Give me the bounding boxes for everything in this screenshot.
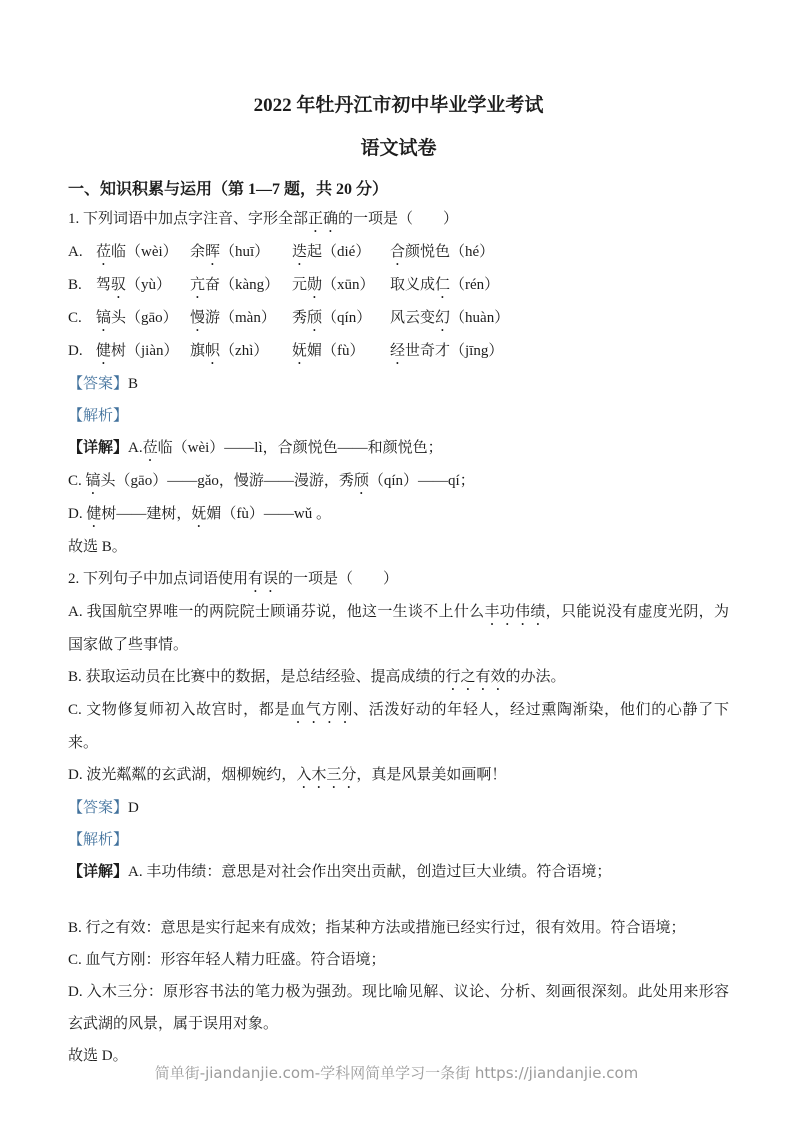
q2-detail-line-2: B. 行之有效：意思是实行起来有成效；指某种方法或措施已经实行过，很有效用。符合… xyxy=(68,912,729,944)
page-content: 2022 年牡丹江市初中毕业学业考试 语文试卷 一、知识积累与运用（第 1—7 … xyxy=(0,0,793,1072)
detail-label: 【详解】 xyxy=(68,440,128,456)
q1-option-a-word-2: 余晖（huī） xyxy=(190,236,292,269)
answer-label: 【答案】 xyxy=(68,800,128,816)
q2-option-b: B. 获取运动员在比赛中的数据，是总结经验、提高成绩的行之有效的办法。 xyxy=(68,661,729,694)
q1-option-b-label: B. xyxy=(68,269,96,302)
q2-answer-line: 【答案】D xyxy=(68,792,729,824)
q1-option-d-word-4: 经世奇才（jīng） xyxy=(390,335,729,368)
q2-analysis-line: 【解析】 xyxy=(68,824,729,856)
q1-option-d-word-1: 健树（jiàn） xyxy=(96,335,190,368)
q2-stem-pre: 2. 下列句子中加点词语使用 xyxy=(68,571,248,587)
analysis-label: 【解析】 xyxy=(68,408,128,424)
q2-option-c: C. 文物修复师初入故宫时，都是血气方刚、活泼好动的年轻人，经过熏陶渐染，他们的… xyxy=(68,694,729,759)
analysis-label: 【解析】 xyxy=(68,832,128,848)
q1-option-d-word-2: 旗帜（zhì） xyxy=(190,335,292,368)
q1-stem: 1. 下列词语中加点字注音、字形全部正确的一项是（ ） xyxy=(68,203,729,236)
q1-option-b-word-1: 驾驭（yù） xyxy=(96,269,190,302)
doc-title: 2022 年牡丹江市初中毕业学业考试 xyxy=(68,0,729,119)
q2-detail-line-1: 【详解】A. 丰功伟绩：意思是对社会作出突出贡献，创造过巨大业绩。符合语境； xyxy=(68,856,729,888)
q1-analysis-line: 【解析】 xyxy=(68,400,729,432)
q1-answer-value: B xyxy=(128,376,138,392)
q1-option-c-word-3: 秀颀（qín） xyxy=(292,302,390,335)
q1-option-d: D. 健树（jiàn） 旗帜（zhì） 妩媚（fù） 经世奇才（jīng） xyxy=(68,335,729,368)
q2-stem-emphasized: 有误 xyxy=(248,571,278,587)
q2-answer-value: D xyxy=(128,800,139,816)
q1-option-a-label: A. xyxy=(68,236,96,269)
q1-option-c-word-4: 风云变幻（huàn） xyxy=(390,302,729,335)
q1-stem-emphasized: 正确 xyxy=(308,211,338,227)
q1-option-a-word-3: 迭起（dié） xyxy=(292,236,390,269)
q1-detail-line-3: D. 健树——建树，妩媚（fù）——wǔ 。 xyxy=(68,498,729,531)
q1-option-c-label: C. xyxy=(68,302,96,335)
q2-detail-line-4: D. 入木三分：原形容书法的笔力极为强劲。现比喻见解、议论、分析、刻画很深刻。此… xyxy=(68,976,729,1040)
section-heading: 一、知识积累与运用（第 1—7 题，共 20 分） xyxy=(68,177,729,203)
q1-conclusion: 故选 B。 xyxy=(68,531,729,563)
q1-option-c-word-2: 慢游（màn） xyxy=(190,302,292,335)
detail-label: 【详解】 xyxy=(68,864,128,880)
q1-option-b: B. 驾驭（yù） 亢奋（kàng） 元勋（xūn） 取义成仁（rén） xyxy=(68,269,729,302)
q1-option-b-word-2: 亢奋（kàng） xyxy=(190,269,292,302)
q1-detail-line-1: 【详解】A.莅临（wèi）——lì，合颜悦色——和颜悦色； xyxy=(68,432,729,465)
q2-stem-post: 的一项是（ ） xyxy=(278,571,398,587)
q1-answer-line: 【答案】B xyxy=(68,368,729,400)
q1-option-b-word-3: 元勋（xūn） xyxy=(292,269,390,302)
q1-option-a-word-4: 合颜悦色（hé） xyxy=(390,236,729,269)
q1-option-d-label: D. xyxy=(68,335,96,368)
q1-option-a: A. 莅临（wèi） 余晖（huī） 迭起（dié） 合颜悦色（hé） xyxy=(68,236,729,269)
footer-watermark: 简单街-jiandanjie.com-学科网简单学习一条街 https://ji… xyxy=(0,1062,793,1083)
q1-stem-post: 的一项是（ ） xyxy=(338,211,458,227)
doc-subtitle: 语文试卷 xyxy=(68,135,729,162)
q2-option-d: D. 波光粼粼的玄武湖，烟柳婉约，入木三分，真是风景美如画啊！ xyxy=(68,759,729,792)
q2-option-a: A. 我国航空界唯一的两院院士顾诵芬说，他这一生谈不上什么丰功伟绩，只能说没有虚… xyxy=(68,596,729,661)
q1-stem-pre: 1. 下列词语中加点字注音、字形全部 xyxy=(68,211,308,227)
q1-option-d-word-3: 妩媚（fù） xyxy=(292,335,390,368)
footer-link[interactable]: 简单街-jiandanjie.com-学科网简单学习一条街 https://ji… xyxy=(155,1064,639,1082)
q1-option-b-word-4: 取义成仁（rén） xyxy=(390,269,729,302)
exam-paper-page: 2022 年牡丹江市初中毕业学业考试 语文试卷 一、知识积累与运用（第 1—7 … xyxy=(0,0,793,1122)
q2-detail-line-3: C. 血气方刚：形容年轻人精力旺盛。符合语境； xyxy=(68,944,729,976)
q1-option-c: C. 镐头（gāo） 慢游（màn） 秀颀（qín） 风云变幻（huàn） xyxy=(68,302,729,335)
q1-option-c-word-1: 镐头（gāo） xyxy=(96,302,190,335)
q1-option-a-word-1: 莅临（wèi） xyxy=(96,236,190,269)
q1-detail-line-2: C. 镐头（gāo）——gǎo，慢游——漫游，秀颀（qín）——qí； xyxy=(68,465,729,498)
answer-label: 【答案】 xyxy=(68,376,128,392)
q2-stem: 2. 下列句子中加点词语使用有误的一项是（ ） xyxy=(68,563,729,596)
